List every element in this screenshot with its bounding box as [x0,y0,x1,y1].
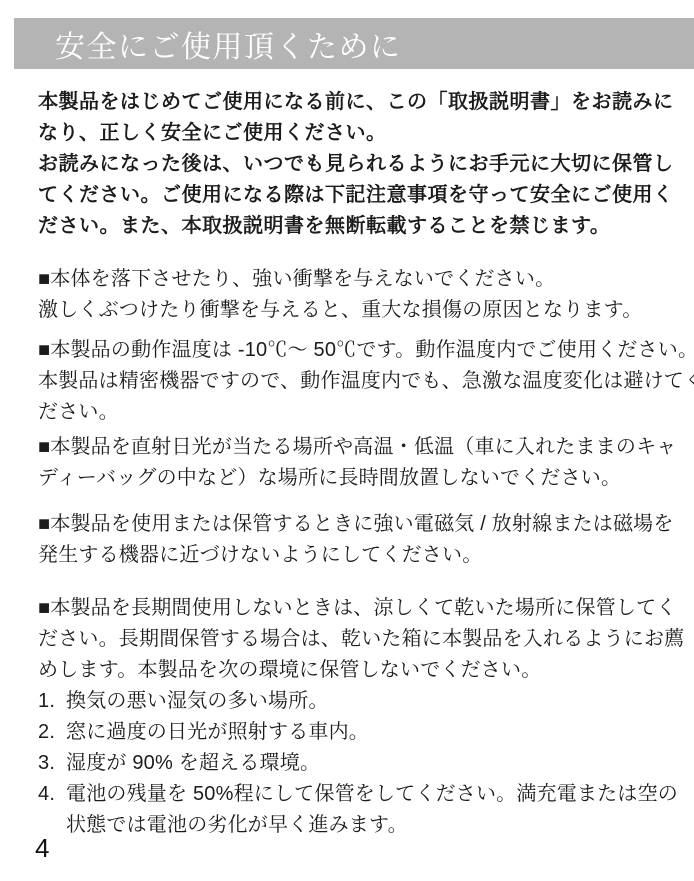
list-item-text: 換気の悪い湿気の多い場所。 [66,686,329,717]
list-item: 4. 電池の残量を 50%程にして保管をしてください。満充電または空の 状態では… [38,779,680,841]
list-item-text: 湿度が 90% を超える環境。 [66,748,320,779]
list-item-number: 4. [38,779,66,841]
list-item-number: 2. [38,717,66,748]
list-item-text: 電池の残量を 50%程にして保管をしてください。満充電または空の 状態では電池の… [66,779,678,841]
section-header-bar: 安全にご使用頂くために [14,18,694,69]
page-content: 本製品をはじめてご使用になる前に、この「取扱説明書」をお読みに なり、正しく安全… [38,69,680,841]
list-item: 3. 湿度が 90% を超える環境。 [38,748,680,779]
safety-notice-drop-impact: ■本体を落下させたり、強い衝撃を与えないでください。 激しくぶつけたり衝撃を与え… [38,264,680,326]
safety-notice-direct-sunlight: ■本製品を直射日光が当たる場所や高温・低温（車に入れたままのキャ ディーバッグの… [38,432,680,494]
list-item-number: 3. [38,748,66,779]
intro-paragraph: 本製品をはじめてご使用になる前に、この「取扱説明書」をお読みに なり、正しく安全… [38,87,680,242]
page-number: 4 [35,833,49,864]
list-item-text: 窓に過度の日光が照射する車内。 [66,717,369,748]
manual-page: 安全にご使用頂くために 本製品をはじめてご使用になる前に、この「取扱説明書」をお… [0,0,694,881]
storage-conditions-list: 1. 換気の悪い湿気の多い場所。 2. 窓に過度の日光が照射する車内。 3. 湿… [38,686,680,841]
safety-notice-electromagnetic: ■本製品を使用または保管するときに強い電磁気 / 放射線または磁場を 発生する機… [38,509,680,571]
safety-notice-operating-temperature: ■本製品の動作温度は -10℃～ 50℃です。動作温度内でご使用ください。 本製… [38,335,680,428]
list-item-number: 1. [38,686,66,717]
page-title: 安全にご使用頂くために [14,22,402,66]
list-item: 2. 窓に過度の日光が照射する車内。 [38,717,680,748]
safety-notice-long-term-storage: ■本製品を長期間使用しないときは、涼しくて乾いた場所に保管してく ださい。長期間… [38,593,680,686]
list-item: 1. 換気の悪い湿気の多い場所。 [38,686,680,717]
